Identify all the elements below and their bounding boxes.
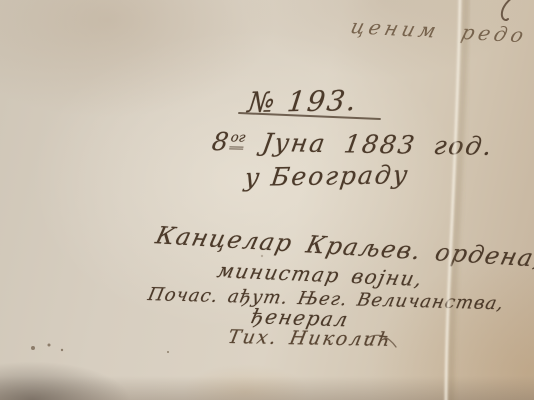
crease-shadow bbox=[451, 0, 466, 400]
signature: Тих. Николић bbox=[226, 326, 394, 351]
date-day: 8 bbox=[210, 127, 232, 156]
paper-crease bbox=[446, 0, 460, 400]
cutoff-stroke bbox=[502, 0, 513, 20]
date-rest: Јуна 1883 год. bbox=[260, 128, 495, 161]
date-line: 8ог Јуна 1883 год. bbox=[210, 127, 496, 161]
corner-text-fragment: ценим редо bbox=[348, 14, 530, 47]
manuscript-photo: ценим редо № 193. 8ог Јуна 1883 год. у Б… bbox=[0, 0, 534, 400]
place-line: у Београду bbox=[243, 160, 411, 192]
date-day-suffix: ог bbox=[229, 130, 246, 149]
